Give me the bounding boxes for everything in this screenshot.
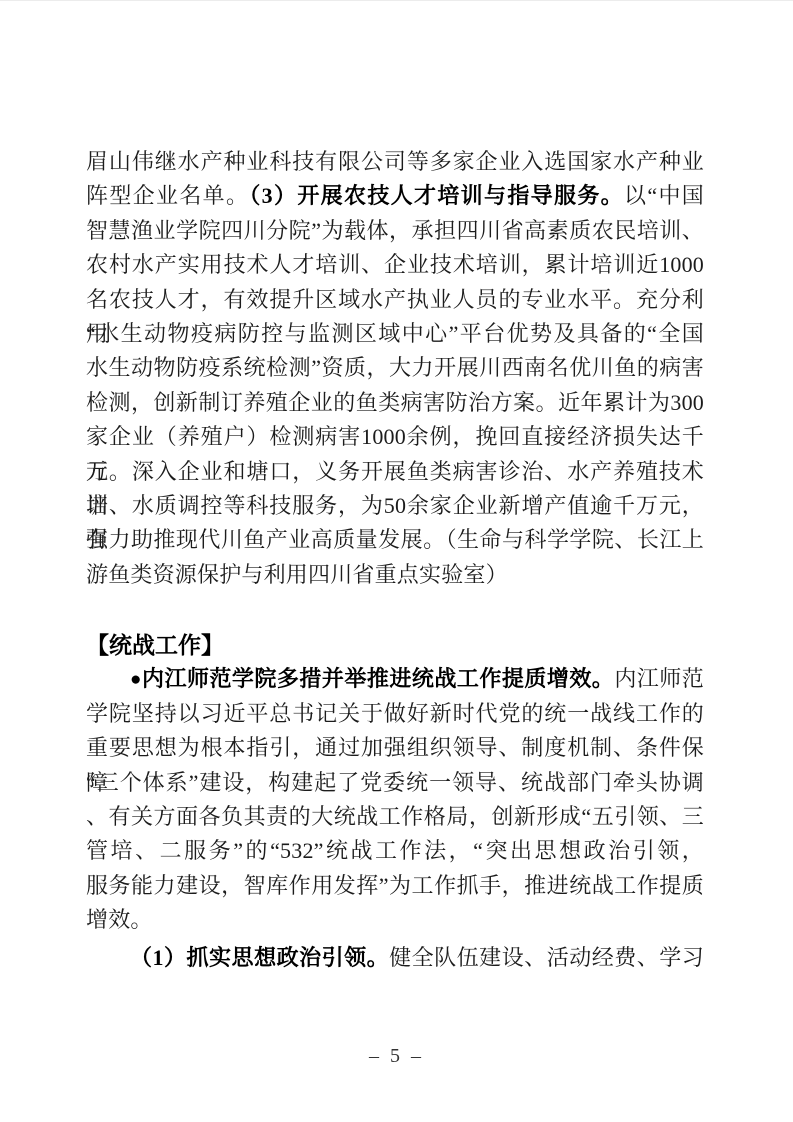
text-line: 家企业（养殖户）检测病害1000余例，挽回直接经济损失达千万 bbox=[86, 420, 704, 454]
text-line: 元。深入企业和塘口，义务开展鱼类病害诊治、水产养殖技术培 bbox=[86, 455, 704, 489]
paragraph-united-front: ●内江师范学院多措并举推进统战工作提质增效。内江师范 学院坚持以习近平总书记关于… bbox=[86, 662, 704, 937]
text-run: 阵型企业名单。 bbox=[86, 183, 249, 208]
text-line: “水生动物疫病防控与监测区域中心”平台优势及具备的“全国 bbox=[86, 317, 704, 351]
text-line: 服务能力建设，智库作用发挥”为工作抓手，推进统战工作提质 bbox=[86, 869, 704, 903]
text-line: 检测，创新制订养殖企业的鱼类病害防治方案。近年累计为300 bbox=[86, 386, 704, 420]
page-number: – 5 – bbox=[0, 1045, 793, 1068]
text-line: 有力助推现代川鱼产业高质量发展。（生命与科学学院、长江上 bbox=[86, 523, 704, 557]
text-line: 、有关方面各负其责的大统战工作格局，创新形成“五引领、三 bbox=[86, 800, 704, 834]
text-run: 以“中国 bbox=[624, 183, 704, 208]
text-line: 名农技人才，有效提升区域水产执业人员的专业水平。充分利用 bbox=[86, 283, 704, 317]
bullet-marker: ● bbox=[130, 669, 142, 690]
section-heading-united-front-work: 【统战工作】 bbox=[86, 628, 704, 662]
paragraph-item-1-ideological-guidance: （1）抓实思想政治引领。健全队伍建设、活动经费、学习 bbox=[86, 941, 704, 975]
text-line: “三个体系”建设，构建起了党委统一领导、统战部门牵头协调 bbox=[86, 766, 704, 800]
text-run: 内江师范 bbox=[614, 666, 704, 691]
text-line: （1）抓实思想政治引领。健全队伍建设、活动经费、学习 bbox=[86, 941, 704, 975]
text-run-bold: （1）抓实思想政治引领。 bbox=[130, 945, 389, 970]
text-line: 眉山伟继水产种业科技有限公司等多家企业入选国家水产种业 bbox=[86, 145, 704, 179]
text-line: 阵型企业名单。（3）开展农技人才培训与指导服务。以“中国 bbox=[86, 179, 704, 213]
text-line: 增效。 bbox=[86, 903, 704, 937]
text-line: 农村水产实用技术人才培训、企业技术培训，累计培训近1000 bbox=[86, 248, 704, 282]
page-content: 眉山伟继水产种业科技有限公司等多家企业入选国家水产种业 阵型企业名单。（3）开展… bbox=[86, 145, 704, 975]
text-line: 游鱼类资源保护与利用四川省重点实验室） bbox=[86, 558, 704, 592]
text-run: 健全队伍建设、活动经费、学习 bbox=[389, 945, 704, 970]
text-line: 学院坚持以习近平总书记关于做好新时代党的统一战线工作的 bbox=[86, 697, 704, 731]
text-line: 智慧渔业学院四川分院”为载体，承担四川省高素质农民培训、 bbox=[86, 214, 704, 248]
text-run-bold: （3）开展农技人才培训与指导服务。 bbox=[249, 183, 624, 208]
text-line: 管培、二服务”的“532”统战工作法，“突出思想政治引领， bbox=[86, 834, 704, 868]
document-page: 眉山伟继水产种业科技有限公司等多家企业入选国家水产种业 阵型企业名单。（3）开展… bbox=[0, 0, 793, 1122]
text-line: ●内江师范学院多措并举推进统战工作提质增效。内江师范 bbox=[86, 662, 704, 696]
text-line: 训、水质调控等科技服务，为50余家企业新增产值逾千万元，强 bbox=[86, 489, 704, 523]
paragraph-fisheries-services: 眉山伟继水产种业科技有限公司等多家企业入选国家水产种业 阵型企业名单。（3）开展… bbox=[86, 145, 704, 592]
text-line: 水生动物防疫系统检测”资质，大力开展川西南名优川鱼的病害 bbox=[86, 351, 704, 385]
text-run-bold: 内江师范学院多措并举推进统战工作提质增效。 bbox=[142, 666, 614, 691]
text-line: 重要思想为根本指引，通过加强组织领导、制度机制、条件保障 bbox=[86, 731, 704, 765]
